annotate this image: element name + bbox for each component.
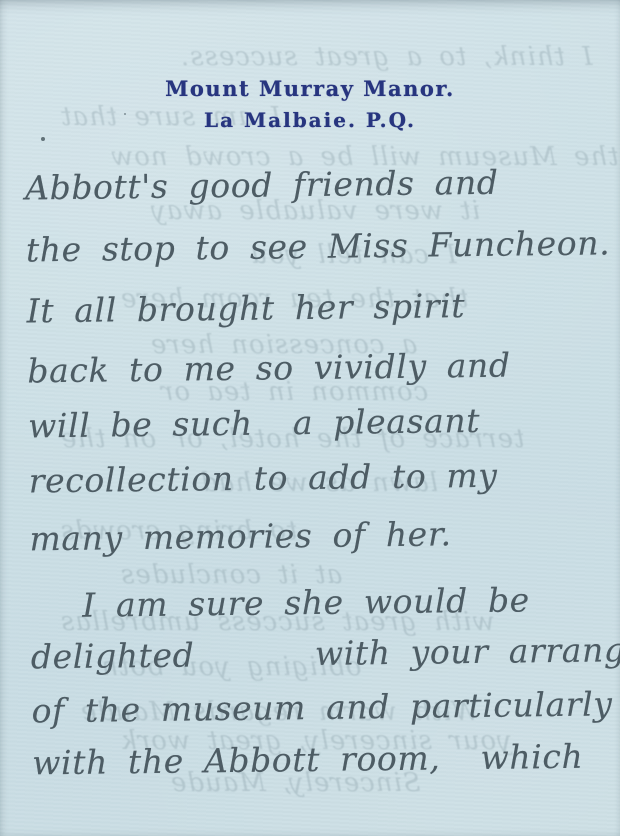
letterhead-location: La Malbaie. P.Q.: [0, 108, 620, 132]
paper-speck: [124, 113, 126, 115]
handwritten-line: the stop to see Miss Funcheon.: [26, 223, 611, 269]
handwritten-line: back to me so vividly and: [27, 346, 511, 391]
handwritten-line: I am sure she would be: [82, 580, 530, 624]
handwritten-line: will be such a pleasant: [28, 401, 480, 446]
handwritten-line: of the museum and particularly: [31, 684, 612, 730]
handwritten-line: delighted with your arrangement: [31, 629, 620, 677]
letterhead-hotel-name: Mount Murray Manor.: [0, 76, 620, 101]
handwritten-line: Abbott's good friends and: [25, 163, 499, 208]
letter-page: I think, to a great success. I am sure t…: [0, 0, 620, 836]
handwritten-line: many memories of her.: [29, 514, 452, 558]
handwritten-line: It all brought her spirit: [26, 286, 465, 330]
handwritten-line: recollection to add to my: [29, 456, 498, 501]
handwritten-line: with the Abbott room, which: [32, 737, 584, 783]
letterhead: Mount Murray Manor. La Malbaie. P.Q.: [0, 76, 620, 132]
paper-speck: [41, 137, 45, 141]
